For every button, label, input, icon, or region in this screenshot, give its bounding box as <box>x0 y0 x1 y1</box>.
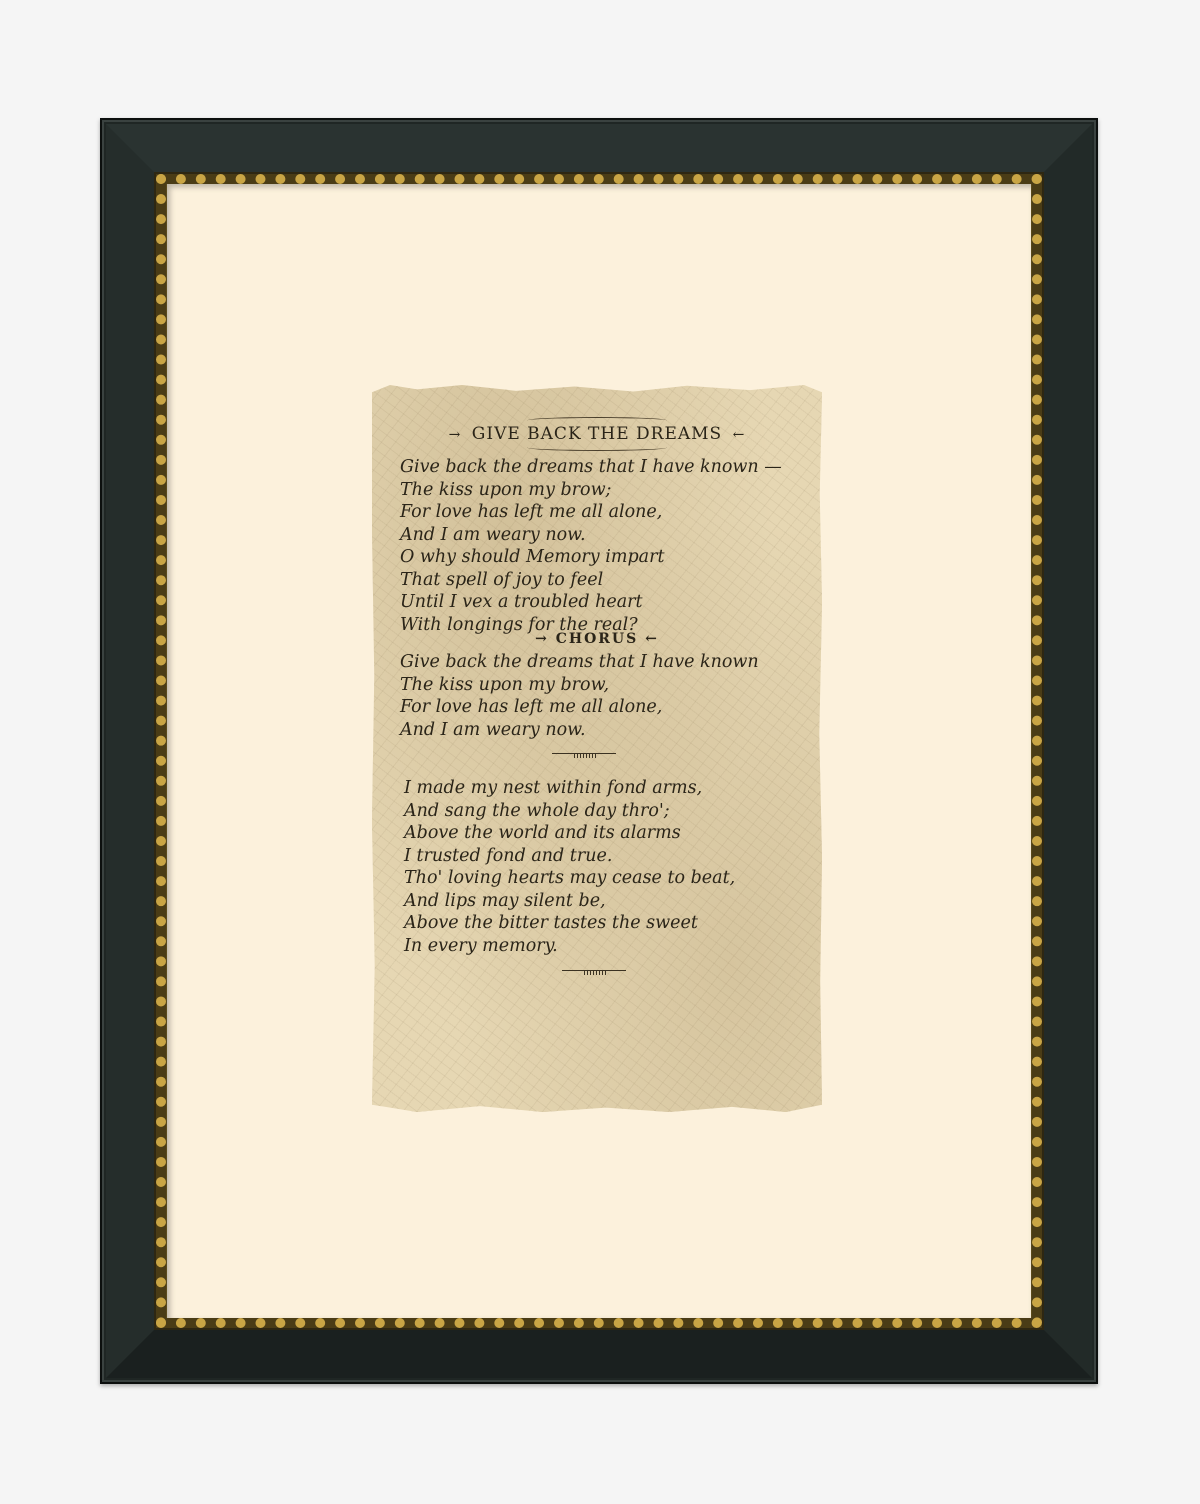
arrow-left-icon: ← <box>645 631 659 647</box>
mat-board: → GIVE BACK THE DREAMS ← Give back the d… <box>167 184 1031 1318</box>
verse-line: And lips may silent be, <box>404 890 814 913</box>
verse-line: For love has left me all alone, <box>400 501 814 524</box>
verse-line: Above the world and its alarms <box>404 822 814 845</box>
verse-line: Give back the dreams that I have known — <box>400 456 814 479</box>
verse-line: Until I vex a troubled heart <box>400 591 814 614</box>
verse-line: In every memory. <box>404 935 814 958</box>
chorus-line: And I am weary now. <box>400 719 814 742</box>
arrow-left-icon: ← <box>733 427 746 443</box>
verse-line: O why should Memory impart <box>400 546 814 569</box>
chorus-label-text: CHORUS <box>556 631 639 647</box>
ornamental-divider-end <box>562 970 626 975</box>
title-text: GIVE BACK THE DREAMS <box>472 424 722 444</box>
title-flourish-top <box>527 417 667 424</box>
chorus-line: For love has left me all alone, <box>400 696 814 719</box>
verse-line: The kiss upon my brow; <box>400 479 814 502</box>
verse-line: Above the bitter tastes the sweet <box>404 912 814 935</box>
ornamental-divider <box>552 753 616 758</box>
verse-1: Give back the dreams that I have known —… <box>400 456 814 636</box>
verse-line: I trusted fond and true. <box>404 845 814 868</box>
verse-2: I made my nest within fond arms, And san… <box>404 777 814 957</box>
verse-line: And sang the whole day thro'; <box>404 800 814 823</box>
chorus: Give back the dreams that I have known T… <box>400 651 814 741</box>
verse-line: And I am weary now. <box>400 524 814 547</box>
manuscript-page: → GIVE BACK THE DREAMS ← Give back the d… <box>372 385 822 1112</box>
chorus-line: Give back the dreams that I have known <box>400 651 814 674</box>
verse-line: Tho' loving hearts may cease to beat, <box>404 867 814 890</box>
chorus-heading: → CHORUS ← <box>372 631 822 647</box>
verse-line: That spell of joy to feel <box>400 569 814 592</box>
arrow-right-icon: → <box>535 631 549 647</box>
manuscript-title: → GIVE BACK THE DREAMS ← <box>372 417 822 451</box>
chorus-line: The kiss upon my brow, <box>400 674 814 697</box>
verse-line: I made my nest within fond arms, <box>404 777 814 800</box>
arrow-right-icon: → <box>449 427 462 443</box>
title-flourish-bottom <box>527 444 667 451</box>
picture-frame: → GIVE BACK THE DREAMS ← Give back the d… <box>100 118 1098 1384</box>
